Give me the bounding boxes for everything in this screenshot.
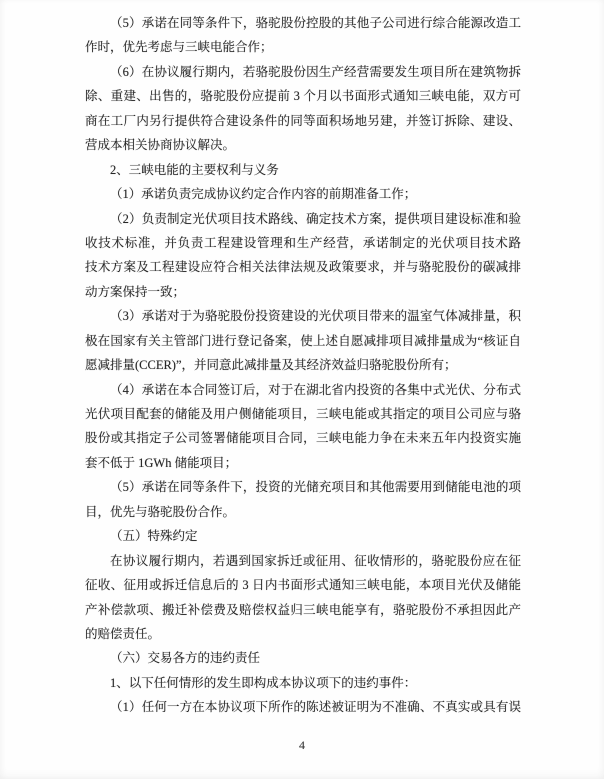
text-line: 在协议履行期内，若遇到国家拆迁或征用、征收情形的，骆驼股份应在征得 xyxy=(85,549,521,573)
text-line: 的赔偿责任。 xyxy=(85,622,521,646)
text-line: 股份或其指定子公司签署储能项目合同，三峡电能力争在未来五年内投资实施配 xyxy=(85,426,521,450)
text-line: 收技术标准，并负责工程建设管理和生产经营，承诺制定的光伏项目技术路线、 xyxy=(85,231,521,255)
text-line: 光伏项目配套的储能及用户侧储能项目，三峡电能或其指定的项目公司应与骆驼 xyxy=(85,402,521,426)
text-line: 极在国家有关主管部门进行登记备案，使上述自愿减排项目减排量成为“核证自 xyxy=(85,329,521,353)
text-line: （1）任何一方在本协议项下所作的陈述被证明为不准确、不真实或具有误 xyxy=(85,695,521,719)
text-line: （2）负责制定光伏项目技术路线、确定技术方案，提供项目建设标准和验 xyxy=(85,207,521,231)
text-line: （5）承诺在同等条件下，投资的光储充项目和其他需要用到储能电池的项 xyxy=(85,475,521,499)
text-line: （4）承诺在本合同签订后，对于在湖北省内投资的各集中式光伏、分布式 xyxy=(85,378,521,402)
text-line: 动方案保持一致； xyxy=(85,280,521,304)
document-text-block: （5）承诺在同等条件下，骆驼股份控股的其他子公司进行综合能源改造工 作时，优先考… xyxy=(85,11,521,720)
text-line: （6）在协议履行期内，若骆驼股份因生产经营需要发生项目所在建筑物拆 xyxy=(85,60,521,84)
document-page: （5）承诺在同等条件下，骆驼股份控股的其他子公司进行综合能源改造工 作时，优先考… xyxy=(0,0,604,779)
text-line: 征收、征用或拆迁信息后的 3 日内书面形式通知三峡电能，本项目光伏及储能资 xyxy=(85,573,521,597)
text-line: （六）交易各方的违约责任 xyxy=(85,646,521,670)
text-line: 1、以下任何情形的发生即构成本协议项下的违约事件： xyxy=(85,671,521,695)
page-number: 4 xyxy=(299,738,305,752)
text-line: 产补偿款项、搬迁补偿费及赔偿权益归三峡电能享有，骆驼股份不承担因此产生 xyxy=(85,598,521,622)
text-line: 套不低于 1GWh 储能项目； xyxy=(85,451,521,475)
text-line: 除、重建、出售的，骆驼股份应提前 3 个月以书面形式通知三峡电能，双方可协 xyxy=(85,84,521,108)
text-line: 营成本相关协商协议解决。 xyxy=(85,133,521,157)
text-line: （五）特殊约定 xyxy=(85,524,521,548)
text-line: 商在工厂内另行提供符合建设条件的同等面积场地另建，并签订拆除、建设、运 xyxy=(85,109,521,133)
text-line: （1）承诺负责完成协议约定合作内容的前期准备工作； xyxy=(85,182,521,206)
text-line: 愿减排量(CCER)”，并同意此减排量及其经济效益归骆驼股份所有； xyxy=(85,353,521,377)
text-line: 2、三峡电能的主要权利与义务 xyxy=(85,158,521,182)
text-line: 目，优先与骆驼股份合作。 xyxy=(85,500,521,524)
text-line: （3）承诺对于为骆驼股份投资建设的光伏项目带来的温室气体减排量，积 xyxy=(85,304,521,328)
text-line: 作时，优先考虑与三峡电能合作； xyxy=(85,35,521,59)
text-line: （5）承诺在同等条件下，骆驼股份控股的其他子公司进行综合能源改造工 xyxy=(85,11,521,35)
text-line: 技术方案及工程建设应符合相关法律法规及政策要求，并与骆驼股份的碳减排行 xyxy=(85,255,521,279)
page-footer: 4 xyxy=(0,736,604,754)
